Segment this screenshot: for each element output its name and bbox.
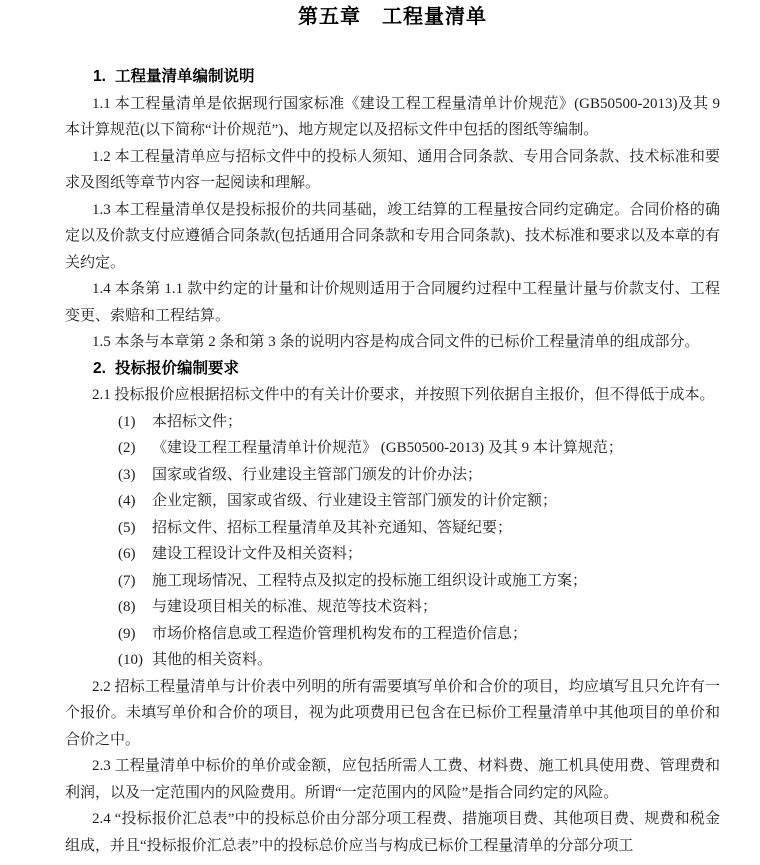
list-item-7: (7) 施工现场情况、工程特点及拟定的投标施工组织设计或施工方案； (118, 568, 720, 595)
list-item-8: (8) 与建设项目相关的标准、规范等技术资料； (118, 594, 720, 621)
paragraph-1-3: 1.3 本工程量清单仅是投标报价的共同基础，竣工结算的工程量按合同约定确定。合同… (65, 197, 720, 277)
list-item-3: (3) 国家或省级、行业建设主管部门颁发的计价办法； (118, 462, 720, 489)
list-item-4-number: (4) (118, 488, 152, 515)
list-item-3-number: (3) (118, 462, 152, 489)
list-item-6: (6) 建设工程设计文件及相关资料； (118, 541, 720, 568)
paragraph-1-5: 1.5 本条与本章第 2 条和第 3 条的说明内容是构成合同文件的已标价工程量清… (65, 329, 720, 356)
list-item-5-text: 招标文件、招标工程量清单及其补充通知、答疑纪要； (152, 515, 720, 542)
list-item-9-number: (9) (118, 621, 152, 648)
document-page: 第五章 工程量清单 1.工程量清单编制说明 1.1 本工程量清单是依据现行国家标… (0, 0, 760, 865)
paragraph-1-4: 1.4 本条第 1.1 款中约定的计量和计价规则适用于合同履约过程中工程量计量与… (65, 276, 720, 329)
list-item-4-text: 企业定额，国家或省级、行业建设主管部门颁发的计价定额； (152, 488, 720, 515)
section-1-number: 1. (93, 68, 106, 85)
paragraph-1-2: 1.2 本工程量清单应与招标文件中的投标人须知、通用合同条款、专用合同条款、技术… (65, 144, 720, 197)
list-item-1-number: (1) (118, 409, 152, 436)
list-item-9: (9) 市场价格信息或工程造价管理机构发布的工程造价信息； (118, 621, 720, 648)
list-item-2-text: 《建设工程工程量清单计价规范》 (GB50500-2013) 及其 9 本计算规… (152, 435, 720, 462)
list-item-10-number: (10) (118, 647, 152, 674)
list-item-6-text: 建设工程设计文件及相关资料； (152, 541, 720, 568)
paragraph-2-4: 2.4 “投标报价汇总表”中的投标总价由分部分项工程费、措施项目费、其他项目费、… (65, 806, 720, 859)
list-item-1-text: 本招标文件； (152, 409, 720, 436)
chapter-title: 第五章 工程量清单 (65, 4, 720, 30)
list-item-8-text: 与建设项目相关的标准、规范等技术资料； (152, 594, 720, 621)
paragraph-1-1: 1.1 本工程量清单是依据现行国家标准《建设工程工程量清单计价规范》(GB505… (65, 91, 720, 144)
paragraph-2-1: 2.1 投标报价应根据招标文件中的有关计价要求，并按照下列依据自主报价，但不得低… (65, 382, 720, 409)
list-item-2: (2) 《建设工程工程量清单计价规范》 (GB50500-2013) 及其 9 … (118, 435, 720, 462)
list-item-5-number: (5) (118, 515, 152, 542)
list-item-8-number: (8) (118, 594, 152, 621)
list-item-10-text: 其他的相关资料。 (152, 647, 720, 674)
list-item-2-number: (2) (118, 435, 152, 462)
list-item-7-text: 施工现场情况、工程特点及拟定的投标施工组织设计或施工方案； (152, 568, 720, 595)
section-2-title: 投标报价编制要求 (115, 360, 239, 377)
paragraph-2-2: 2.2 招标工程量清单与计价表中列明的所有需要填写单价和合价的项目，均应填写且只… (65, 674, 720, 754)
paragraph-2-3: 2.3 工程量清单中标价的单价或金额，应包括所需人工费、材料费、施工机具使用费、… (65, 753, 720, 806)
section-1-heading: 1.工程量清单编制说明 (93, 64, 720, 91)
list-item-4: (4) 企业定额，国家或省级、行业建设主管部门颁发的计价定额； (118, 488, 720, 515)
section-2-heading: 2.投标报价编制要求 (93, 356, 720, 383)
list-item-3-text: 国家或省级、行业建设主管部门颁发的计价办法； (152, 462, 720, 489)
section-2-number: 2. (93, 360, 106, 377)
list-item-5: (5) 招标文件、招标工程量清单及其补充通知、答疑纪要； (118, 515, 720, 542)
list-item-10: (10) 其他的相关资料。 (118, 647, 720, 674)
list-item-6-number: (6) (118, 541, 152, 568)
list-item-7-number: (7) (118, 568, 152, 595)
list-item-1: (1) 本招标文件； (118, 409, 720, 436)
section-1-title: 工程量清单编制说明 (115, 68, 255, 85)
list-item-9-text: 市场价格信息或工程造价管理机构发布的工程造价信息； (152, 621, 720, 648)
